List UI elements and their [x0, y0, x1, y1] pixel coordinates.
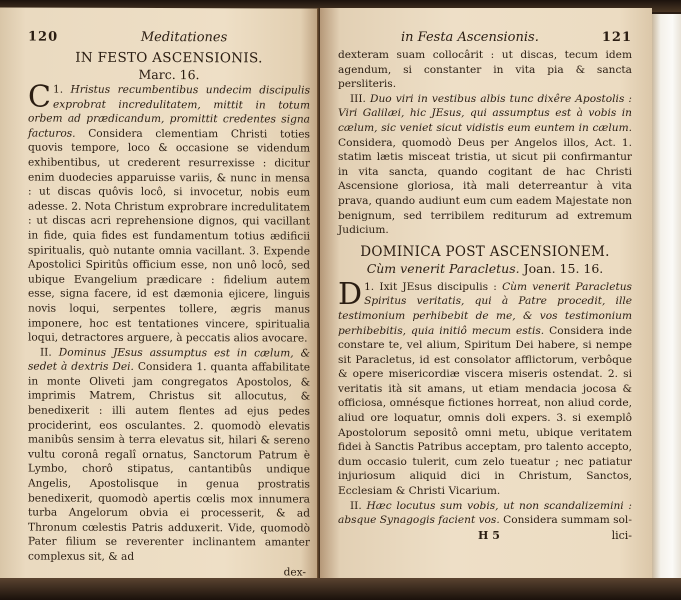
catchword: dex- — [28, 564, 310, 579]
paragraph-number: III. — [350, 93, 366, 105]
meditation-text: Considera 1. quanta affabilitate in mont… — [28, 361, 310, 563]
signature-mark: H 5 — [478, 529, 500, 542]
page-footer: H 5 lici- — [338, 529, 632, 542]
scripture-quote: Duo viri in vestibus albis tunc dixêre A… — [338, 93, 632, 134]
page-number: 120 — [28, 30, 58, 45]
paragraph-number: II. — [40, 346, 52, 358]
paragraph-number: 1. — [364, 281, 374, 293]
running-head-title: in Festa Ascensionis. — [338, 30, 602, 45]
paragraph-2: II. Hæc locutus sum vobis, ut non scanda… — [338, 499, 632, 528]
meditation-text: dexteram suam collocârit : ut discas, te… — [338, 49, 632, 90]
section-ref-citation: Joan. 15. 16. — [520, 261, 604, 276]
section-reference: Marc. 16. — [28, 67, 310, 84]
paragraph-2: II. Dominus JEsus assumptus est in cælum… — [28, 345, 310, 565]
paragraph-1: 1. D Ixit JEsus discipulis : Cùm venerit… — [338, 280, 632, 499]
page-number: 121 — [602, 30, 632, 45]
section-title: DOMINICA POST ASCENSIONEM. — [338, 244, 632, 261]
meditation-text: Considera clementiam Christi toties quov… — [28, 127, 310, 344]
right-page: in Festa Ascensionis. 121 dexteram suam … — [320, 8, 652, 580]
meditation-text: Considera, quomodò Deus per Angelos illo… — [338, 137, 632, 237]
catchword: lici- — [612, 529, 632, 542]
section-title: IN FESTO ASCENSIONIS. — [28, 50, 310, 68]
meditation-text: Considera summam sol- — [500, 514, 632, 526]
paragraph-1: 1. C Hristus recumbentibus undecim disci… — [28, 83, 310, 347]
drop-cap: C — [28, 85, 51, 111]
book-bottom-shadow — [0, 578, 681, 600]
meditation-text: Considera inde constare te, vel alium, S… — [338, 325, 632, 498]
page-stack-edge — [652, 14, 681, 584]
lead-text: Ixit JEsus discipulis : — [379, 281, 502, 293]
section-reference: Cùm venerit Paracletus. Joan. 15. 16. — [338, 261, 632, 277]
paragraph-number: 1. — [53, 84, 63, 96]
paragraph-3: III. Duo viri in vestibus albis tunc dix… — [338, 92, 632, 238]
running-head-left: 120 Meditationes — [28, 30, 310, 49]
paragraph-continuation: dexteram suam collocârit : ut discas, te… — [338, 48, 632, 92]
drop-cap: D — [338, 282, 362, 308]
paragraph-number: II. — [350, 500, 362, 512]
left-page: 120 Meditationes IN FESTO ASCENSIONIS. M… — [0, 7, 320, 580]
running-head-right: in Festa Ascensionis. 121 — [338, 30, 632, 48]
running-head-title: Meditationes — [58, 30, 310, 46]
section-ref-quote: Cùm venerit Paracletus. — [367, 261, 520, 276]
